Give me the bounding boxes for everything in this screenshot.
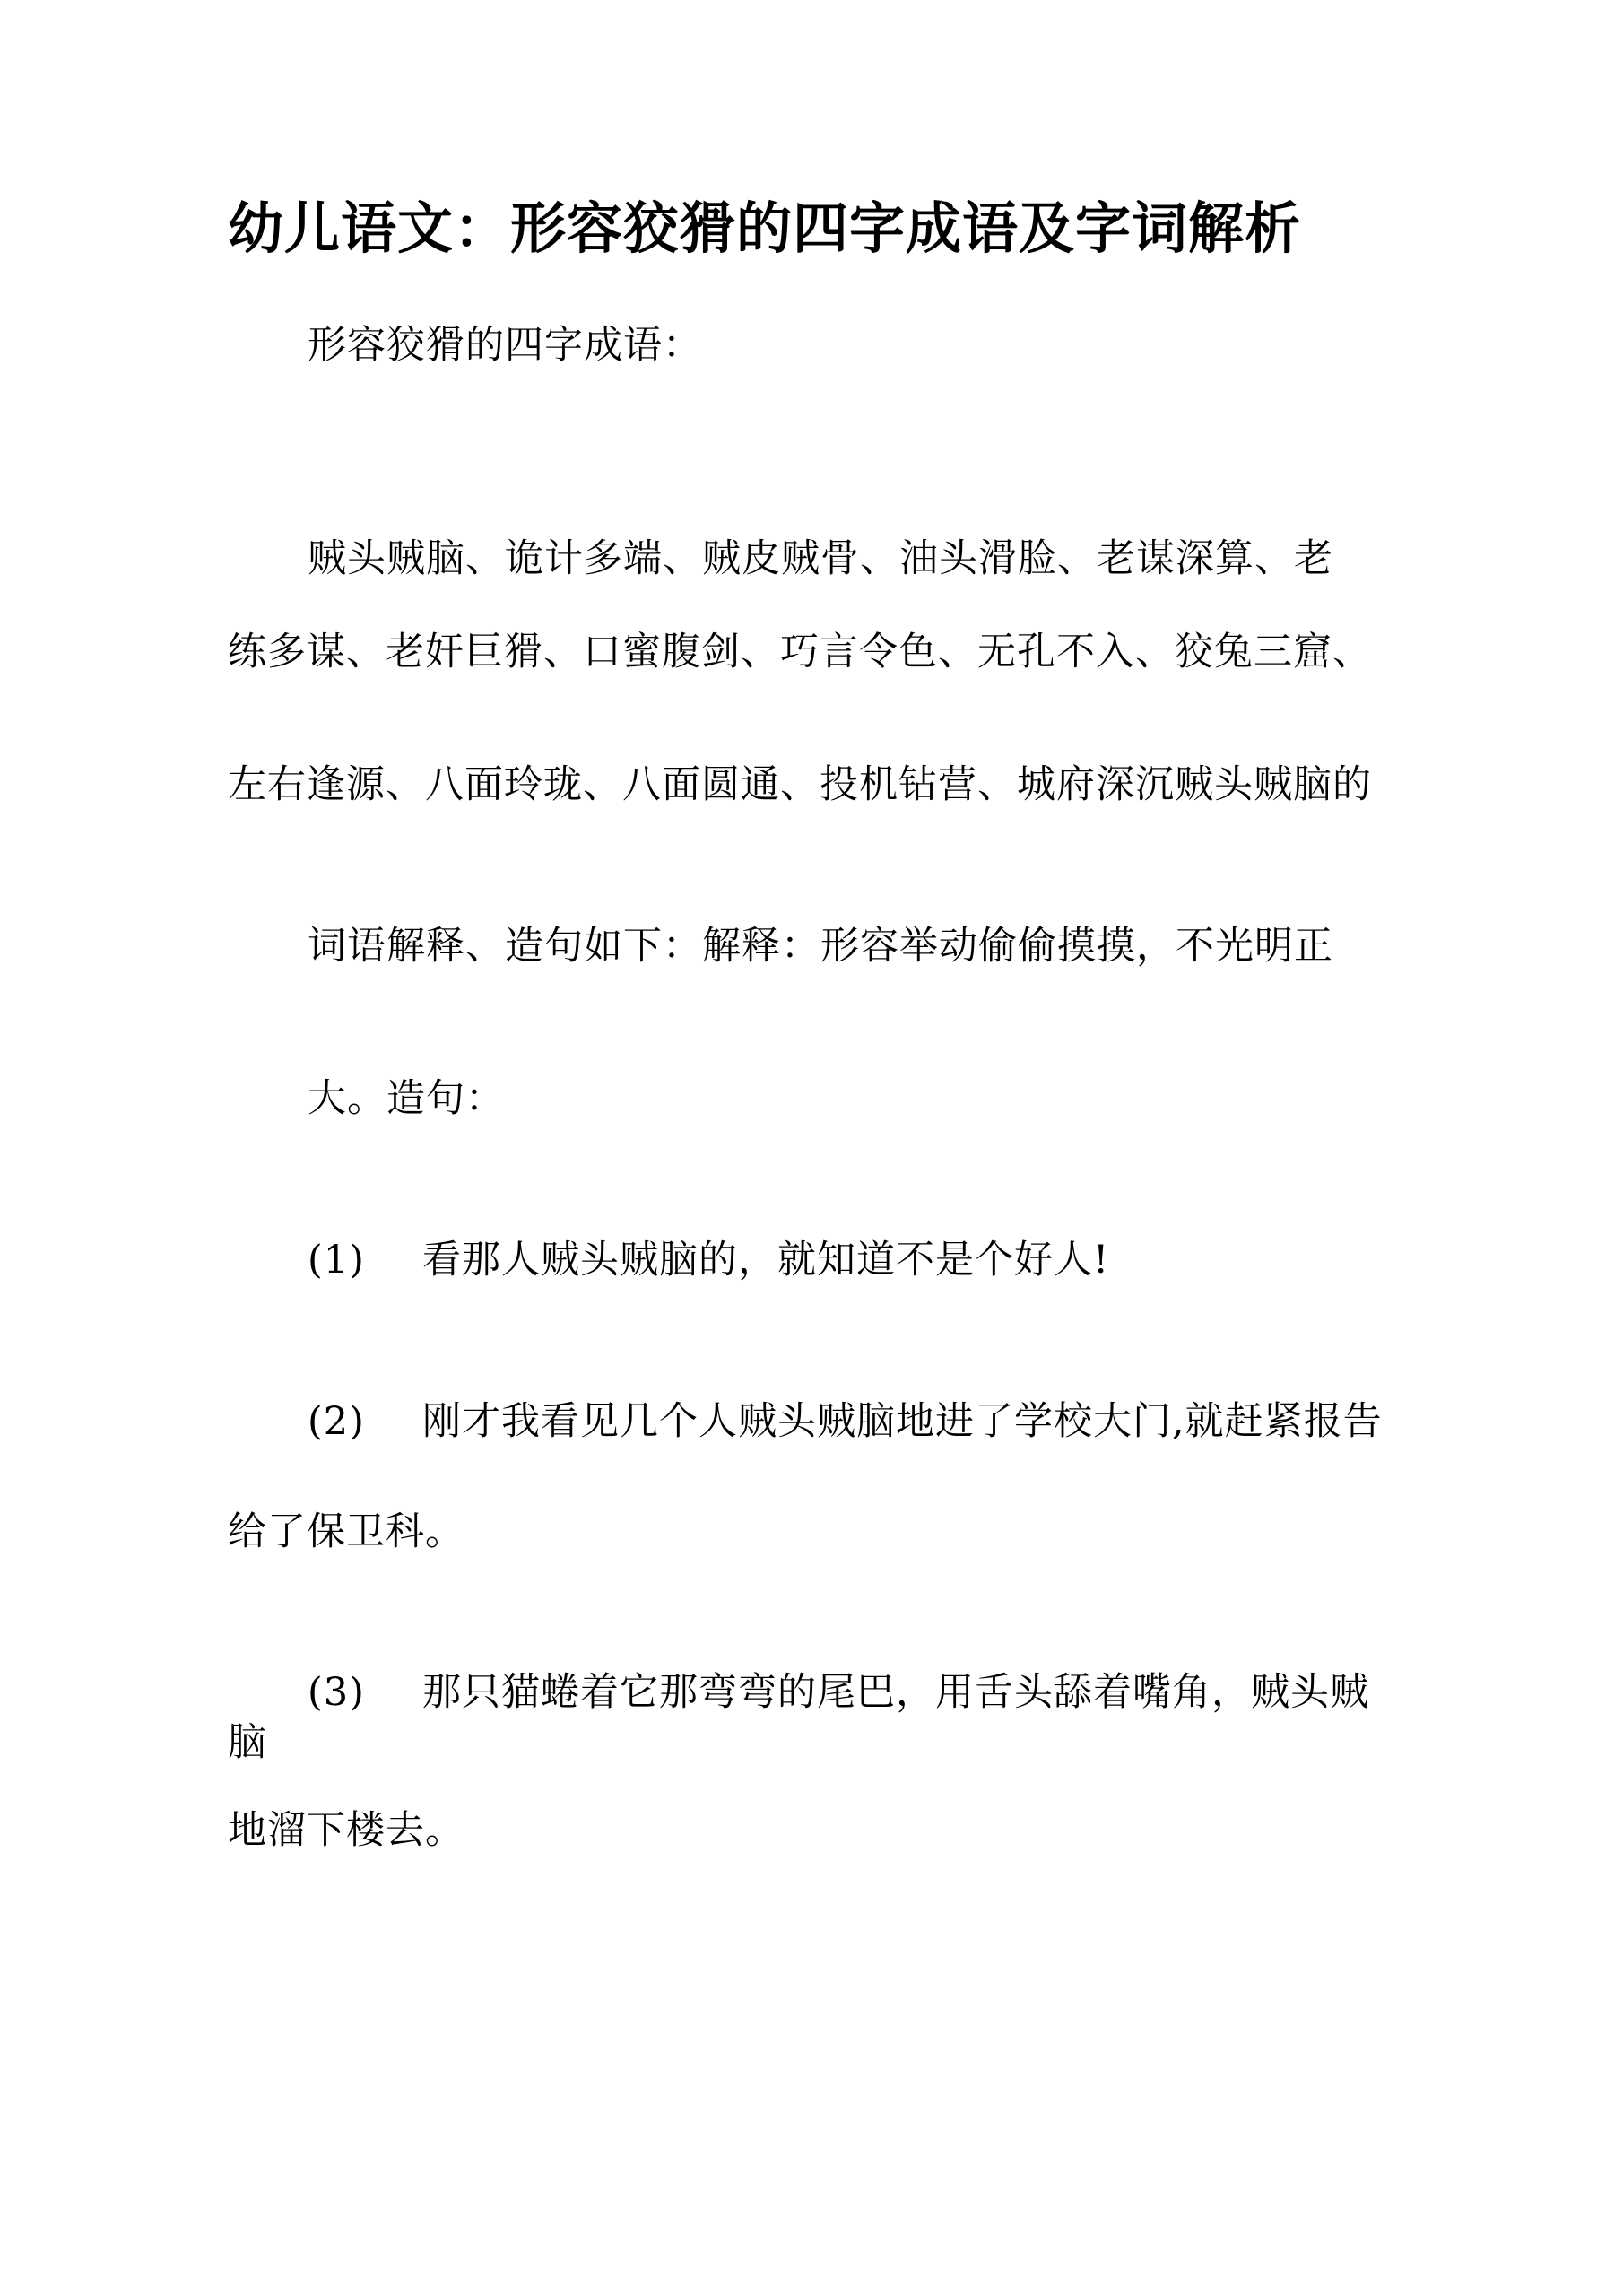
example-sentence-continued: 脑 — [228, 1720, 267, 1765]
idiom-line: 左右逢源、八面玲珑、八面圆通、投机钻营、城府深沉贼头贼脑的 — [228, 762, 1372, 807]
page-title: 幼儿语文：形容狡猾的四字成语及字词解析 — [228, 196, 1301, 262]
example-sentence: 看那人贼头贼脑的，就知道不是个好人! — [422, 1238, 1109, 1283]
example-sentence-continued: 地溜下楼去。 — [228, 1808, 464, 1853]
example-number: (2) — [308, 1399, 422, 1444]
example-sentence-continued: 给了保卫科。 — [228, 1509, 464, 1554]
example-number: (3) — [308, 1670, 422, 1715]
example-sentence: 那只猫蜷着它那弯弯的尾巴，用舌头舔着嘴角，贼头贼 — [422, 1670, 1369, 1715]
example-sentence: 刚才我看见几个人贼头贼脑地进了学校大门,就赶紧报告 — [422, 1399, 1383, 1444]
document-page: 幼儿语文：形容狡猾的四字成语及字词解析 形容狡猾的四字成语： 贼头贼脑、诡计多端… — [0, 0, 1623, 2296]
idiom-line: 贼头贼脑、诡计多端、贼皮贼骨、油头滑脸、老谋深算、老 — [308, 536, 1333, 581]
example-number: (1) — [308, 1238, 422, 1283]
idiom-line: 练多谋、老奸巨猾、口蜜腹剑、巧言令色、无孔不入、狡兔三窟、 — [228, 630, 1372, 674]
explanation-line: 词语解释、造句如下：解释：形容举动偷偷摸摸，不光明正 — [308, 924, 1333, 969]
section-heading: 形容狡猾的四字成语： — [308, 323, 702, 368]
explanation-line: 大。造句： — [308, 1076, 505, 1121]
